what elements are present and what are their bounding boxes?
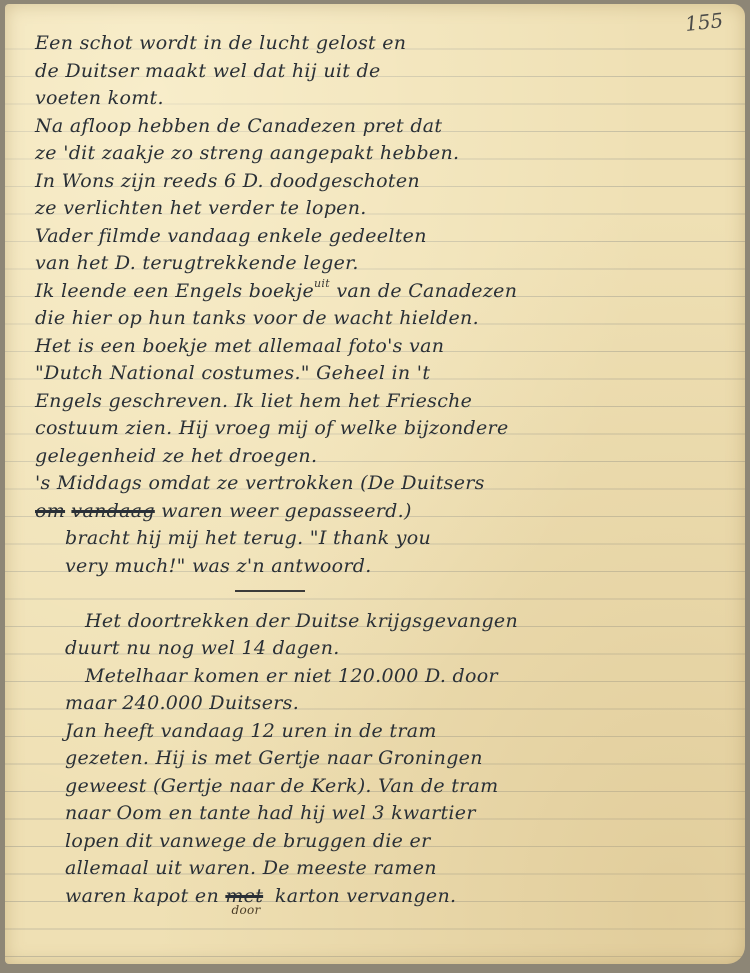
separator-rule [235, 590, 305, 592]
text-line: van het D. terugtrekkende leger. [35, 250, 735, 278]
text-line: In Wons zijn reeds 6 D. doodgeschoten [35, 168, 735, 196]
inserted-word: uit [314, 277, 330, 290]
text-line: ze verlichten het verder te lopen. [35, 195, 735, 223]
text-line: duurt nu nog wel 14 dagen. [35, 635, 735, 663]
correction-word: door [231, 903, 260, 917]
text-fragment: van de Canadezen [336, 280, 517, 302]
text-line: "Dutch National costumes." Geheel in 't [35, 360, 735, 388]
text-line: Vader filmde vandaag enkele gedeelten [35, 223, 735, 251]
text-line: geweest (Gertje naar de Kerk). Van de tr… [35, 773, 735, 801]
text-line: Engels geschreven. Ik liet hem het Fries… [35, 388, 735, 416]
struck-word: om [35, 500, 65, 522]
text-line: Jan heeft vandaag 12 uren in de tram [35, 718, 735, 746]
text-line: lopen dit vanwege de bruggen die er [35, 828, 735, 856]
text-fragment: waren weer gepasseerd.) [161, 500, 412, 522]
text-line: allemaal uit waren. De meeste ramen [35, 855, 735, 883]
text-line: Metelhaar komen er niet 120.000 D. door [35, 663, 735, 691]
text-fragment: karton vervangen. [275, 885, 456, 907]
text-line: waren kapot en met door karton vervangen… [35, 883, 735, 911]
diary-page: 155 Een schot wordt in de lucht gelost e… [5, 4, 745, 964]
text-line: Ik leende een Engels boekjeuit van de Ca… [35, 278, 735, 306]
struck-word: vandaag [71, 500, 154, 522]
text-line: om vandaag waren weer gepasseerd.) [35, 498, 735, 526]
text-line: maar 240.000 Duitsers. [35, 690, 735, 718]
text-line: naar Oom en tante had hij wel 3 kwartier [35, 800, 735, 828]
text-line: Het is een boekje met allemaal foto's va… [35, 333, 735, 361]
text-line: Een schot wordt in de lucht gelost en [35, 30, 735, 58]
text-line: ze 'dit zaakje zo streng aangepakt hebbe… [35, 140, 735, 168]
text-line: gelegenheid ze het droegen. [35, 443, 735, 471]
text-line: gezeten. Hij is met Gertje naar Groninge… [35, 745, 735, 773]
text-line: die hier op hun tanks voor de wacht hiel… [35, 305, 735, 333]
text-fragment: Ik leende een Engels boekje [35, 280, 314, 302]
text-line: Na afloop hebben de Canadezen pret dat [35, 113, 735, 141]
text-line: voeten komt. [35, 85, 735, 113]
section-separator [35, 580, 735, 608]
text-line: very much!" was z'n antwoord. [35, 553, 735, 581]
text-line: 's Middags omdat ze vertrokken (De Duits… [35, 470, 735, 498]
text-line: Het doortrekken der Duitse krijgsgevange… [35, 608, 735, 636]
handwritten-text: Een schot wordt in de lucht gelost en de… [35, 30, 735, 910]
text-line: costuum zien. Hij vroeg mij of welke bij… [35, 415, 735, 443]
text-fragment: waren kapot en [65, 885, 219, 907]
text-line: bracht hij mij het terug. "I thank you [35, 525, 735, 553]
text-line: de Duitser maakt wel dat hij uit de [35, 58, 735, 86]
